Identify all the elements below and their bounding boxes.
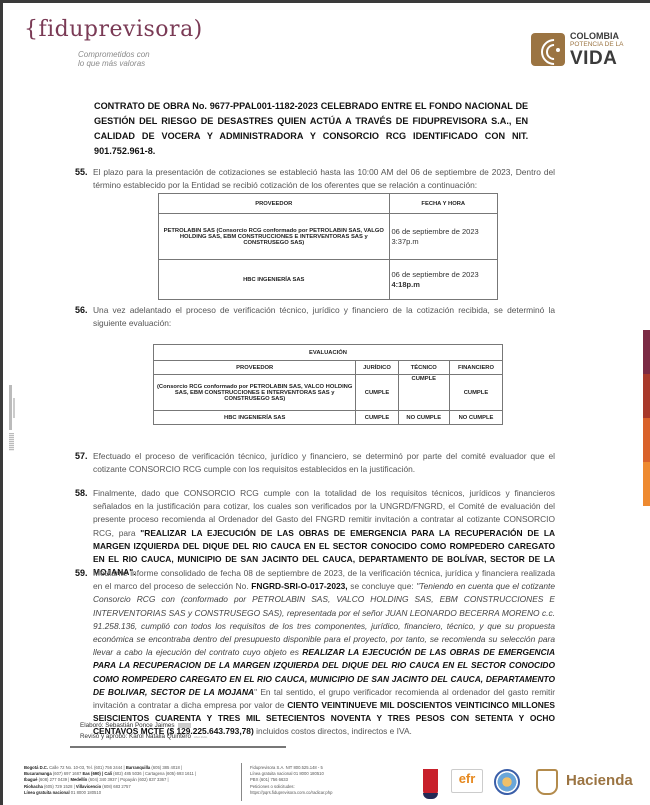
table-row: HBC INGENIERÍA SAS CUMPLE NO CUMPLE NO C…	[154, 411, 503, 425]
evaluation-table: EVALUACIÓN PROVEEDOR JURÍDICO TÉCNICO FI…	[153, 344, 503, 425]
footer-contact-line: https://pqrs.fiduprevisora.com.co/radica…	[250, 790, 332, 796]
paragraph-number: 59.	[75, 567, 88, 580]
financiero-cell: NO CUMPLE	[449, 411, 502, 425]
reviewed-by-text: Revisó y aprobó: Karol Natalia Quintero	[80, 733, 191, 740]
margin-stamp	[9, 385, 12, 430]
signature-stamp	[178, 723, 191, 728]
date-cell: 06 de septiembre de 2023 3:37p.m	[389, 214, 497, 260]
text-part: incluidos costos directos, indirectos e …	[254, 726, 412, 736]
hacienda-logo: Hacienda	[566, 772, 633, 789]
wave-icon	[531, 33, 565, 66]
coat-of-arms-icon	[536, 769, 558, 795]
financiero-cell: CUMPLE	[449, 375, 502, 411]
table-row: HBC INGENIERÍA SAS 06 de septiembre de 2…	[159, 260, 498, 300]
reviewed-by: Revisó y aprobó: Karol Natalia QuinteroA…	[80, 731, 207, 743]
tagline-line-1: Comprometidos con	[78, 50, 150, 59]
efr-badge: efr	[451, 769, 483, 793]
brand-color-bar	[643, 330, 650, 506]
provider-cell: (Consorcio RCG conformado por PETROLABIN…	[154, 375, 356, 411]
color-bar-segment	[643, 418, 650, 462]
contract-title: CONTRATO DE OBRA No. 9677-PPAL001-1182-2…	[94, 99, 528, 159]
provider-cell: HBC INGENIERÍA SAS	[159, 260, 390, 300]
paragraph-56: 56. Una vez adelantado el proceso de ver…	[75, 304, 555, 330]
header-financiero: FINANCIERO	[449, 361, 502, 375]
footer-offices: Bogotá D.C. Calle 72 No. 10-03, Tel. (60…	[24, 765, 229, 796]
paragraph-58: 58. Finalmente, dado que CONSORCIO RCG c…	[75, 487, 555, 579]
paragraph-number: 55.	[75, 166, 88, 179]
tecnico-cell: CUMPLE	[398, 375, 449, 411]
paragraph-55: 55. El plazo para la presentación de cot…	[75, 166, 555, 192]
color-bar-segment	[643, 330, 650, 374]
prepared-by: Elaboró: Sebastián Ponce Jaimes	[80, 720, 207, 731]
fiduprevisora-logo: {fiduprevisora)	[24, 17, 203, 42]
color-bar-segment	[643, 462, 650, 506]
date-value: 06 de septiembre de 2023	[392, 270, 495, 280]
margin-stamp	[13, 398, 15, 418]
juridico-cell: CUMPLE	[356, 411, 398, 425]
color-bar-segment	[643, 374, 650, 418]
text-part: se concluye que:	[348, 581, 417, 591]
signers-divider	[70, 746, 286, 748]
gov-logo-line3: VIDA	[570, 48, 617, 70]
certification-seal-icon	[494, 769, 520, 795]
footer-divider	[241, 763, 242, 801]
header-provider: PROVEEDOR	[154, 361, 356, 375]
colombia-potencia-vida-logo: COLOMBIA POTENCIA DE LA VIDA	[531, 31, 639, 69]
quotes-table: PROVEEDOR FECHA Y HORA PETROLABIN SAS (C…	[158, 193, 498, 300]
paragraph-number: 56.	[75, 304, 88, 317]
process-number: FNGRD-SRI-O-017-2023,	[251, 581, 347, 591]
paragraph-text: El plazo para la presentación de cotizac…	[93, 166, 555, 192]
tecnico-cell: NO CUMPLE	[398, 411, 449, 425]
gov-logo-line2: POTENCIA DE LA	[570, 41, 623, 48]
evaluation-title: EVALUACIÓN	[154, 345, 503, 361]
signature-small: Abol Zulio	[194, 735, 207, 739]
signers-block: Elaboró: Sebastián Ponce Jaimes Revisó y…	[80, 720, 207, 743]
time-value: 4:18p.m	[392, 280, 495, 290]
paragraph-57: 57. Efectuado el proceso de verificación…	[75, 450, 555, 476]
juridico-cell: CUMPLE	[356, 375, 398, 411]
document-page: {fiduprevisora) Comprometidos con lo que…	[3, 3, 650, 805]
fiduprevisora-tagline: Comprometidos con lo que más valoras	[78, 50, 150, 68]
header-tecnico: TÉCNICO	[398, 361, 449, 375]
margin-barcode	[9, 433, 14, 451]
paragraph-text: Una vez adelantado el proceso de verific…	[93, 304, 555, 330]
header-date: FECHA Y HORA	[389, 194, 497, 214]
paragraph-59: 59. Mediante informe consolidado de fech…	[75, 567, 555, 739]
date-value: 06 de septiembre de 2023	[392, 227, 495, 237]
date-cell: 06 de septiembre de 2023 4:18p.m	[389, 260, 497, 300]
paragraph-number: 58.	[75, 487, 88, 500]
tagline-line-2: lo que más valoras	[78, 59, 150, 68]
footer-contact: Fiduprevisora S.A. NIT 800.525.148 - 5Lí…	[250, 765, 332, 796]
prepared-by-text: Elaboró: Sebastián Ponce Jaimes	[80, 722, 175, 729]
header-provider: PROVEEDOR	[159, 194, 390, 214]
header-juridico: JURÍDICO	[356, 361, 398, 375]
great-place-to-work-badge	[423, 769, 438, 795]
paragraph-text: Finalmente, dado que CONSORCIO RCG cumpl…	[93, 487, 555, 579]
paragraph-number: 57.	[75, 450, 88, 463]
gov-logo-line1: COLOMBIA	[570, 31, 619, 41]
table-row: (Consorcio RCG conformado por PETROLABIN…	[154, 375, 503, 411]
provider-cell: PETROLABIN SAS (Consorcio RCG conformado…	[159, 214, 390, 260]
paragraph-text: Mediante informe consolidado de fecha 08…	[93, 567, 555, 739]
quote-text: "Teniendo en cuenta que el cotizante Con…	[93, 581, 555, 657]
paragraph-text: Efectuado el proceso de verificación téc…	[93, 450, 555, 476]
provider-cell: HBC INGENIERÍA SAS	[154, 411, 356, 425]
table-row: PETROLABIN SAS (Consorcio RCG conformado…	[159, 214, 498, 260]
time-value: 3:37p.m	[392, 237, 495, 247]
footer-office-line: Línea gratuita nacional 01 8000 180510	[24, 790, 229, 796]
